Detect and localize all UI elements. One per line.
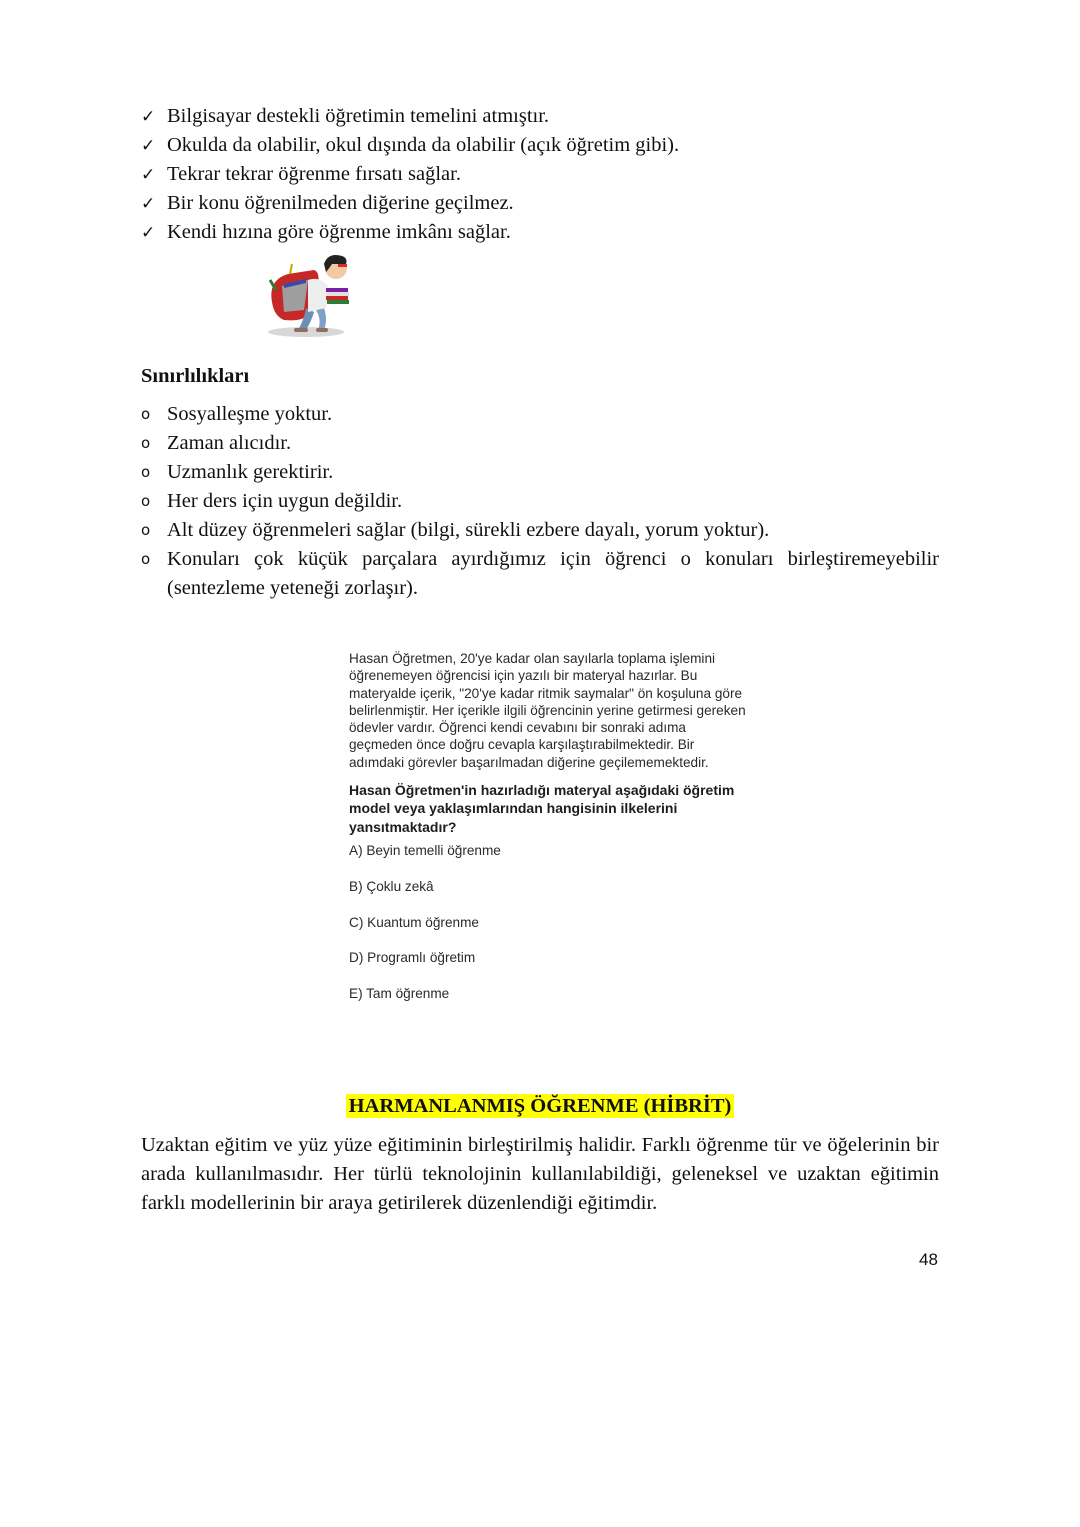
list-item: oZaman alıcıdır.	[141, 429, 939, 458]
answer-option-c: C) Kuantum öğrenme	[349, 914, 749, 950]
check-mark-icon: ✓	[141, 103, 167, 132]
hollow-circle-bullet-icon: o	[141, 545, 167, 574]
hollow-circle-bullet-icon: o	[141, 400, 167, 429]
student-carrying-backpack-and-books-icon	[262, 250, 358, 340]
answer-option-a: A) Beyin temelli öğrenme	[349, 842, 749, 878]
section-paragraph: Uzaktan eğitim ve yüz yüze eğitiminin bi…	[141, 1131, 939, 1218]
answer-option-d: D) Programlı öğretim	[349, 949, 749, 985]
check-mark-icon: ✓	[141, 219, 167, 248]
hollow-circle-bullet-icon: o	[141, 429, 167, 458]
list-item: oKonuları çok küçük parçalara ayırdığımı…	[141, 545, 939, 603]
check-mark-icon: ✓	[141, 161, 167, 190]
question-stem: Hasan Öğretmen, 20'ye kadar olan sayılar…	[349, 650, 749, 771]
check-mark-icon: ✓	[141, 190, 167, 219]
question-prompt: Hasan Öğretmen'in hazırladığı materyal a…	[349, 781, 749, 836]
limitations-list: oSosyalleşme yoktur. oZaman alıcıdır. oU…	[141, 400, 939, 603]
answer-option-b: B) Çoklu zekâ	[349, 878, 749, 914]
check-mark-icon: ✓	[141, 132, 167, 161]
page-number: 48	[919, 1250, 938, 1270]
list-item: oAlt düzey öğrenmeleri sağlar (bilgi, sü…	[141, 516, 939, 545]
limitations-heading: Sınırlılıkları	[141, 362, 249, 391]
list-item: ✓Tekrar tekrar öğrenme fırsatı sağlar.	[141, 160, 941, 189]
sample-question: Hasan Öğretmen, 20'ye kadar olan sayılar…	[349, 650, 749, 1021]
list-item: oHer ders için uygun değildir.	[141, 487, 939, 516]
hollow-circle-bullet-icon: o	[141, 458, 167, 487]
list-item: ✓Bilgisayar destekli öğretimin temelini …	[141, 102, 941, 131]
list-item: ✓Kendi hızına göre öğrenme imkânı sağlar…	[141, 218, 941, 247]
list-item: ✓Bir konu öğrenilmeden diğerine geçilmez…	[141, 189, 941, 218]
advantages-list: ✓Bilgisayar destekli öğretimin temelini …	[141, 102, 941, 247]
highlighted-title: HARMANLANMIŞ ÖĞRENME (HİBRİT)	[346, 1094, 735, 1118]
section-title: HARMANLANMIŞ ÖĞRENME (HİBRİT)	[0, 1092, 1080, 1121]
list-item: ✓Okulda da olabilir, okul dışında da ola…	[141, 131, 941, 160]
answer-option-e: E) Tam öğrenme	[349, 985, 749, 1021]
answer-options: A) Beyin temelli öğrenme B) Çoklu zekâ C…	[349, 842, 749, 1021]
hollow-circle-bullet-icon: o	[141, 516, 167, 545]
list-item: oUzmanlık gerektirir.	[141, 458, 939, 487]
list-item: oSosyalleşme yoktur.	[141, 400, 939, 429]
hollow-circle-bullet-icon: o	[141, 487, 167, 516]
